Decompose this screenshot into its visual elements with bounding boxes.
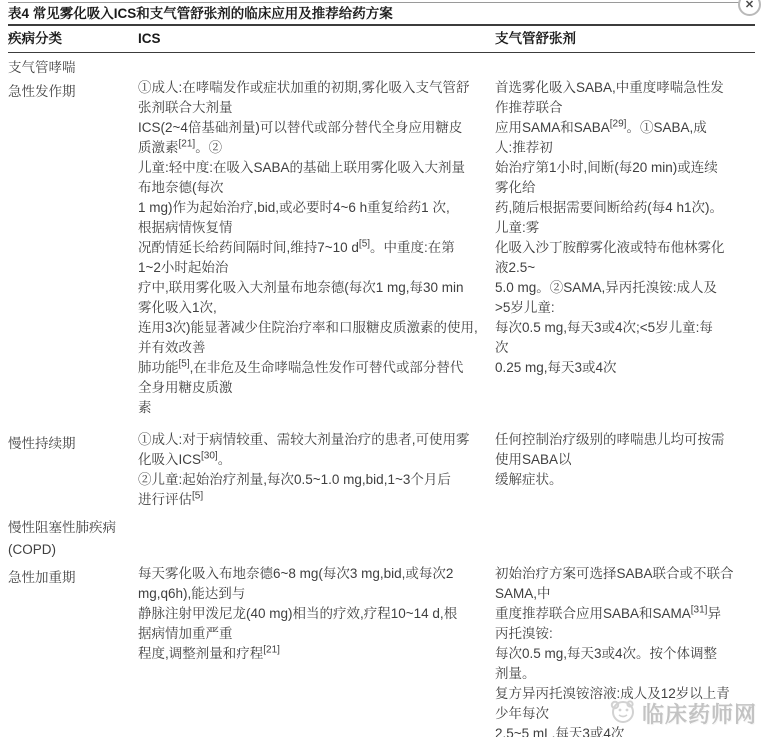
cell-line: 2.5~5 mL,每天3或4次 — [495, 724, 755, 737]
cell-line: 并有效改善 — [138, 338, 495, 358]
cell-line: 质激素[21]。② — [138, 138, 495, 158]
table-row: 急性发作期①成人:在哮喘发作或症状加重的初期,雾化吸入支气管舒张剂联合大剂量IC… — [8, 78, 755, 418]
cell-line: 支气管哮喘 — [8, 54, 138, 76]
cell-line: 使用SABA以 — [495, 450, 755, 470]
cell-line: ①成人:对于病情较重、需较大剂量治疗的患者,可使用雾 — [138, 430, 495, 450]
cell-line: 剂量。 — [495, 664, 755, 684]
bronchodilator-cell: 首选雾化吸入SABA,中重度哮喘急性发作推荐联合应用SAMA和SABA[29]。… — [495, 78, 755, 418]
cell-line: 首选雾化吸入SABA,中重度哮喘急性发 — [495, 78, 755, 98]
cell-line: (COPD) — [8, 536, 138, 558]
bronchodilator-cell: 任何控制治疗级别的哮喘患儿均可按需使用SABA以缓解症状。 — [495, 430, 755, 510]
cell-line: 少年每次 — [495, 704, 755, 724]
cell-line: 人:推荐初 — [495, 138, 755, 158]
cell-line: 程度,调整剂量和疗程[21] — [138, 644, 495, 664]
cell-line: 5.0 mg。②SAMA,异丙托溴铵:成人及 — [495, 278, 755, 298]
cell-line: 1 mg)作为起始治疗,bid,或必要时4~6 h重复给药1 次, — [138, 198, 495, 218]
cell-line: 急性加重期 — [8, 564, 138, 586]
cell-line: 应用SAMA和SABA[29]。①SABA,成 — [495, 118, 755, 138]
cell-line: 疗中,联用雾化吸入大剂量布地奈德(每次1 mg,每30 min — [138, 278, 495, 298]
table-body: 支气管哮喘急性发作期①成人:在哮喘发作或症状加重的初期,雾化吸入支气管舒张剂联合… — [8, 53, 755, 737]
cell-line: 慢性阻塞性肺疾病 — [8, 514, 138, 536]
cell-line: 素 — [138, 398, 495, 418]
cell-line: 复方异丙托溴铵溶液:成人及12岁以上青 — [495, 684, 755, 704]
cell-line: 张剂联合大剂量 — [138, 98, 495, 118]
column-header-disease-class: 疾病分类 — [8, 31, 138, 47]
cell-line: 任何控制治疗级别的哮喘患儿均可按需 — [495, 430, 755, 450]
cell-line: 丙托溴铵: — [495, 624, 755, 644]
ics-cell — [138, 514, 495, 558]
cell-line: 儿童:雾 — [495, 218, 755, 238]
cell-line: 初始治疗方案可选择SABA联合或不联合 — [495, 564, 755, 584]
cell-line: 液2.5~ — [495, 258, 755, 278]
ics-cell: 每天雾化吸入布地奈德6~8 mg(每次3 mg,bid,或每次2mg,q6h),… — [138, 564, 495, 737]
cell-line: 况酌情延长给药间隔时间,维持7~10 d[5]。中重度:在第 — [138, 238, 495, 258]
cell-line: 儿童:轻中度:在吸入SABA的基础上联用雾化吸入大剂量 — [138, 158, 495, 178]
table-header-row: 疾病分类 ICS 支气管舒张剂 — [8, 26, 755, 53]
cell-line: 始治疗第1小时,间断(每20 min)或连续 — [495, 158, 755, 178]
cell-line: 据病情加重严重 — [138, 624, 495, 644]
cell-line: 肺功能[5],在非危及生命哮喘急性发作可替代或部分替代 — [138, 358, 495, 378]
category-cell: 急性加重期 — [8, 564, 138, 737]
bronchodilator-cell: 初始治疗方案可选择SABA联合或不联合SAMA,中重度推荐联合应用SABA和SA… — [495, 564, 755, 737]
table-row: 慢性阻塞性肺疾病(COPD) — [8, 514, 755, 558]
table-row: 急性加重期每天雾化吸入布地奈德6~8 mg(每次3 mg,bid,或每次2mg,… — [8, 564, 755, 737]
cell-line: 化吸入沙丁胺醇雾化液或特布他林雾化 — [495, 238, 755, 258]
cell-line: mg,q6h),能达到与 — [138, 584, 495, 604]
cell-line: 每天雾化吸入布地奈德6~8 mg(每次3 mg,bid,或每次2 — [138, 564, 495, 584]
cell-line: 化吸入ICS[30]。 — [138, 450, 495, 470]
column-header-bronchodilator: 支气管舒张剂 — [495, 31, 755, 47]
cell-line: 每次0.5 mg,每天3或4次。按个体调整 — [495, 644, 755, 664]
cell-line: 全身用糖皮质激 — [138, 378, 495, 398]
cell-line: 每次0.5 mg,每天3或4次;<5岁儿童:每 — [495, 318, 755, 338]
cell-line: 静脉注射甲泼尼龙(40 mg)相当的疗效,疗程10~14 d,根 — [138, 604, 495, 624]
document-page: ✕ 表4 常见雾化吸入ICS和支气管舒张剂的临床应用及推荐给药方案 疾病分类 I… — [0, 0, 763, 737]
cell-line: ②儿童:起始治疗剂量,每次0.5~1.0 mg,bid,1~3个月后 — [138, 470, 495, 490]
cell-line: 重度推荐联合应用SABA和SAMA[31]异 — [495, 604, 755, 624]
column-header-ics: ICS — [138, 31, 495, 47]
clinical-table: 表4 常见雾化吸入ICS和支气管舒张剂的临床应用及推荐给药方案 疾病分类 ICS… — [8, 2, 755, 737]
table-row: 慢性持续期①成人:对于病情较重、需较大剂量治疗的患者,可使用雾化吸入ICS[30… — [8, 430, 755, 510]
category-cell: 支气管哮喘 — [8, 54, 138, 76]
cell-line: 急性发作期 — [8, 78, 138, 100]
cell-line: 0.25 mg,每天3或4次 — [495, 358, 755, 378]
cell-line: 药,随后根据需要间断给药(每4 h1次)。 — [495, 198, 755, 218]
cell-line: 雾化吸入1次, — [138, 298, 495, 318]
cell-line: ICS(2~4倍基础剂量)可以替代或部分替代全身应用糖皮 — [138, 118, 495, 138]
category-cell: 急性发作期 — [8, 78, 138, 418]
cell-line: SAMA,中 — [495, 584, 755, 604]
cell-line: 慢性持续期 — [8, 430, 138, 452]
ics-cell — [138, 54, 495, 76]
cell-line: 根据病情恢复情 — [138, 218, 495, 238]
cell-line: 布地奈德(每次 — [138, 178, 495, 198]
cell-line: 进行评估[5] — [138, 490, 495, 510]
category-cell: 慢性阻塞性肺疾病(COPD) — [8, 514, 138, 558]
bronchodilator-cell — [495, 54, 755, 76]
cell-line: 缓解症状。 — [495, 470, 755, 490]
cell-line: 连用3次)能显著减少住院治疗率和口服糖皮质激素的使用, — [138, 318, 495, 338]
table-title: 表4 常见雾化吸入ICS和支气管舒张剂的临床应用及推荐给药方案 — [8, 2, 755, 26]
ics-cell: ①成人:在哮喘发作或症状加重的初期,雾化吸入支气管舒张剂联合大剂量ICS(2~4… — [138, 78, 495, 418]
bronchodilator-cell — [495, 514, 755, 558]
cell-line: 1~2小时起始治 — [138, 258, 495, 278]
ics-cell: ①成人:对于病情较重、需较大剂量治疗的患者,可使用雾化吸入ICS[30]。②儿童… — [138, 430, 495, 510]
table-row: 支气管哮喘 — [8, 54, 755, 76]
category-cell: 慢性持续期 — [8, 430, 138, 510]
cell-line: ①成人:在哮喘发作或症状加重的初期,雾化吸入支气管舒 — [138, 78, 495, 98]
cell-line: >5岁儿童: — [495, 298, 755, 318]
cell-line: 雾化给 — [495, 178, 755, 198]
cell-line: 次 — [495, 338, 755, 358]
cell-line: 作推荐联合 — [495, 98, 755, 118]
